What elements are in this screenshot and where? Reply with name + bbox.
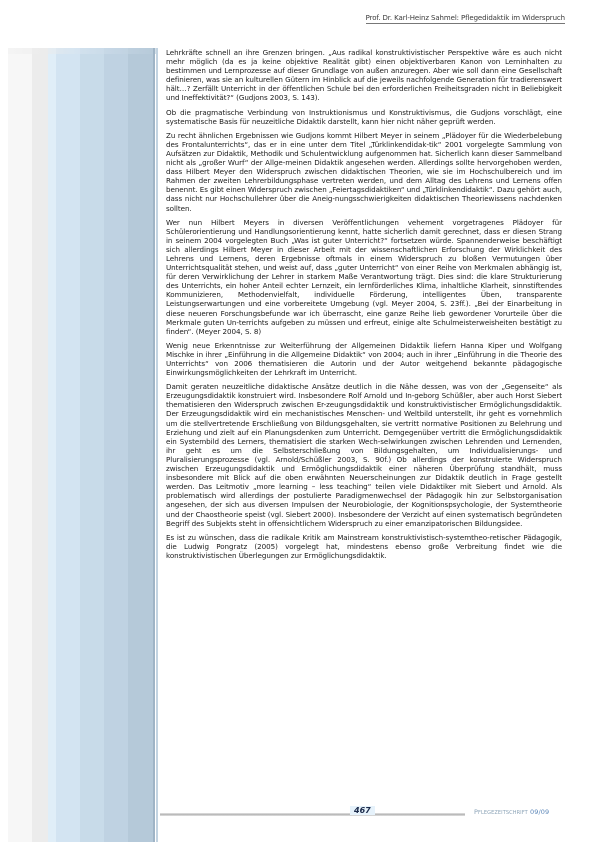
sidebar-stripe (56, 48, 80, 842)
paragraph: Lehrkräfte schnell an ihre Grenzen bring… (166, 48, 562, 103)
sidebar-stripe (48, 48, 56, 842)
sidebar-edge-line (153, 48, 155, 842)
sidebar-stripe (8, 48, 32, 842)
footer-rule (160, 813, 465, 816)
paragraph: Wenig neue Erkenntnisse zur Weiterführun… (166, 341, 562, 377)
decorative-sidebar-stripes (8, 48, 160, 842)
paragraph: Wer nun Hilbert Meyers in diversen Veröf… (166, 218, 562, 336)
footer-magazine: Pflegezeitschrift 09/09 (474, 808, 549, 816)
paragraph: Ob die pragmatische Verbindung von Instr… (166, 108, 562, 126)
paragraph: Es ist zu wünschen, dass die radikale Kr… (166, 533, 562, 560)
paragraph: Damit geraten neuzeitliche didaktische A… (166, 382, 562, 528)
issue-number: 09/09 (530, 808, 549, 816)
article-body: Lehrkräfte schnell an ihre Grenzen bring… (166, 48, 562, 565)
sidebar-stripe (32, 48, 48, 842)
running-head: Prof. Dr. Karl-Heinz Sahmel: Pflegedidak… (366, 14, 565, 24)
sidebar-top-band (8, 48, 158, 54)
sidebar-stripe (104, 48, 128, 842)
magazine-name: Pflegezeitschrift (474, 808, 528, 816)
sidebar-stripe (80, 48, 104, 842)
paragraph: Zu recht ähnlichen Ergebnissen wie Gudjo… (166, 131, 562, 213)
sidebar-edge-highlight (156, 48, 158, 842)
sidebar-stripe (128, 48, 153, 842)
page-number: 467 (350, 806, 375, 815)
